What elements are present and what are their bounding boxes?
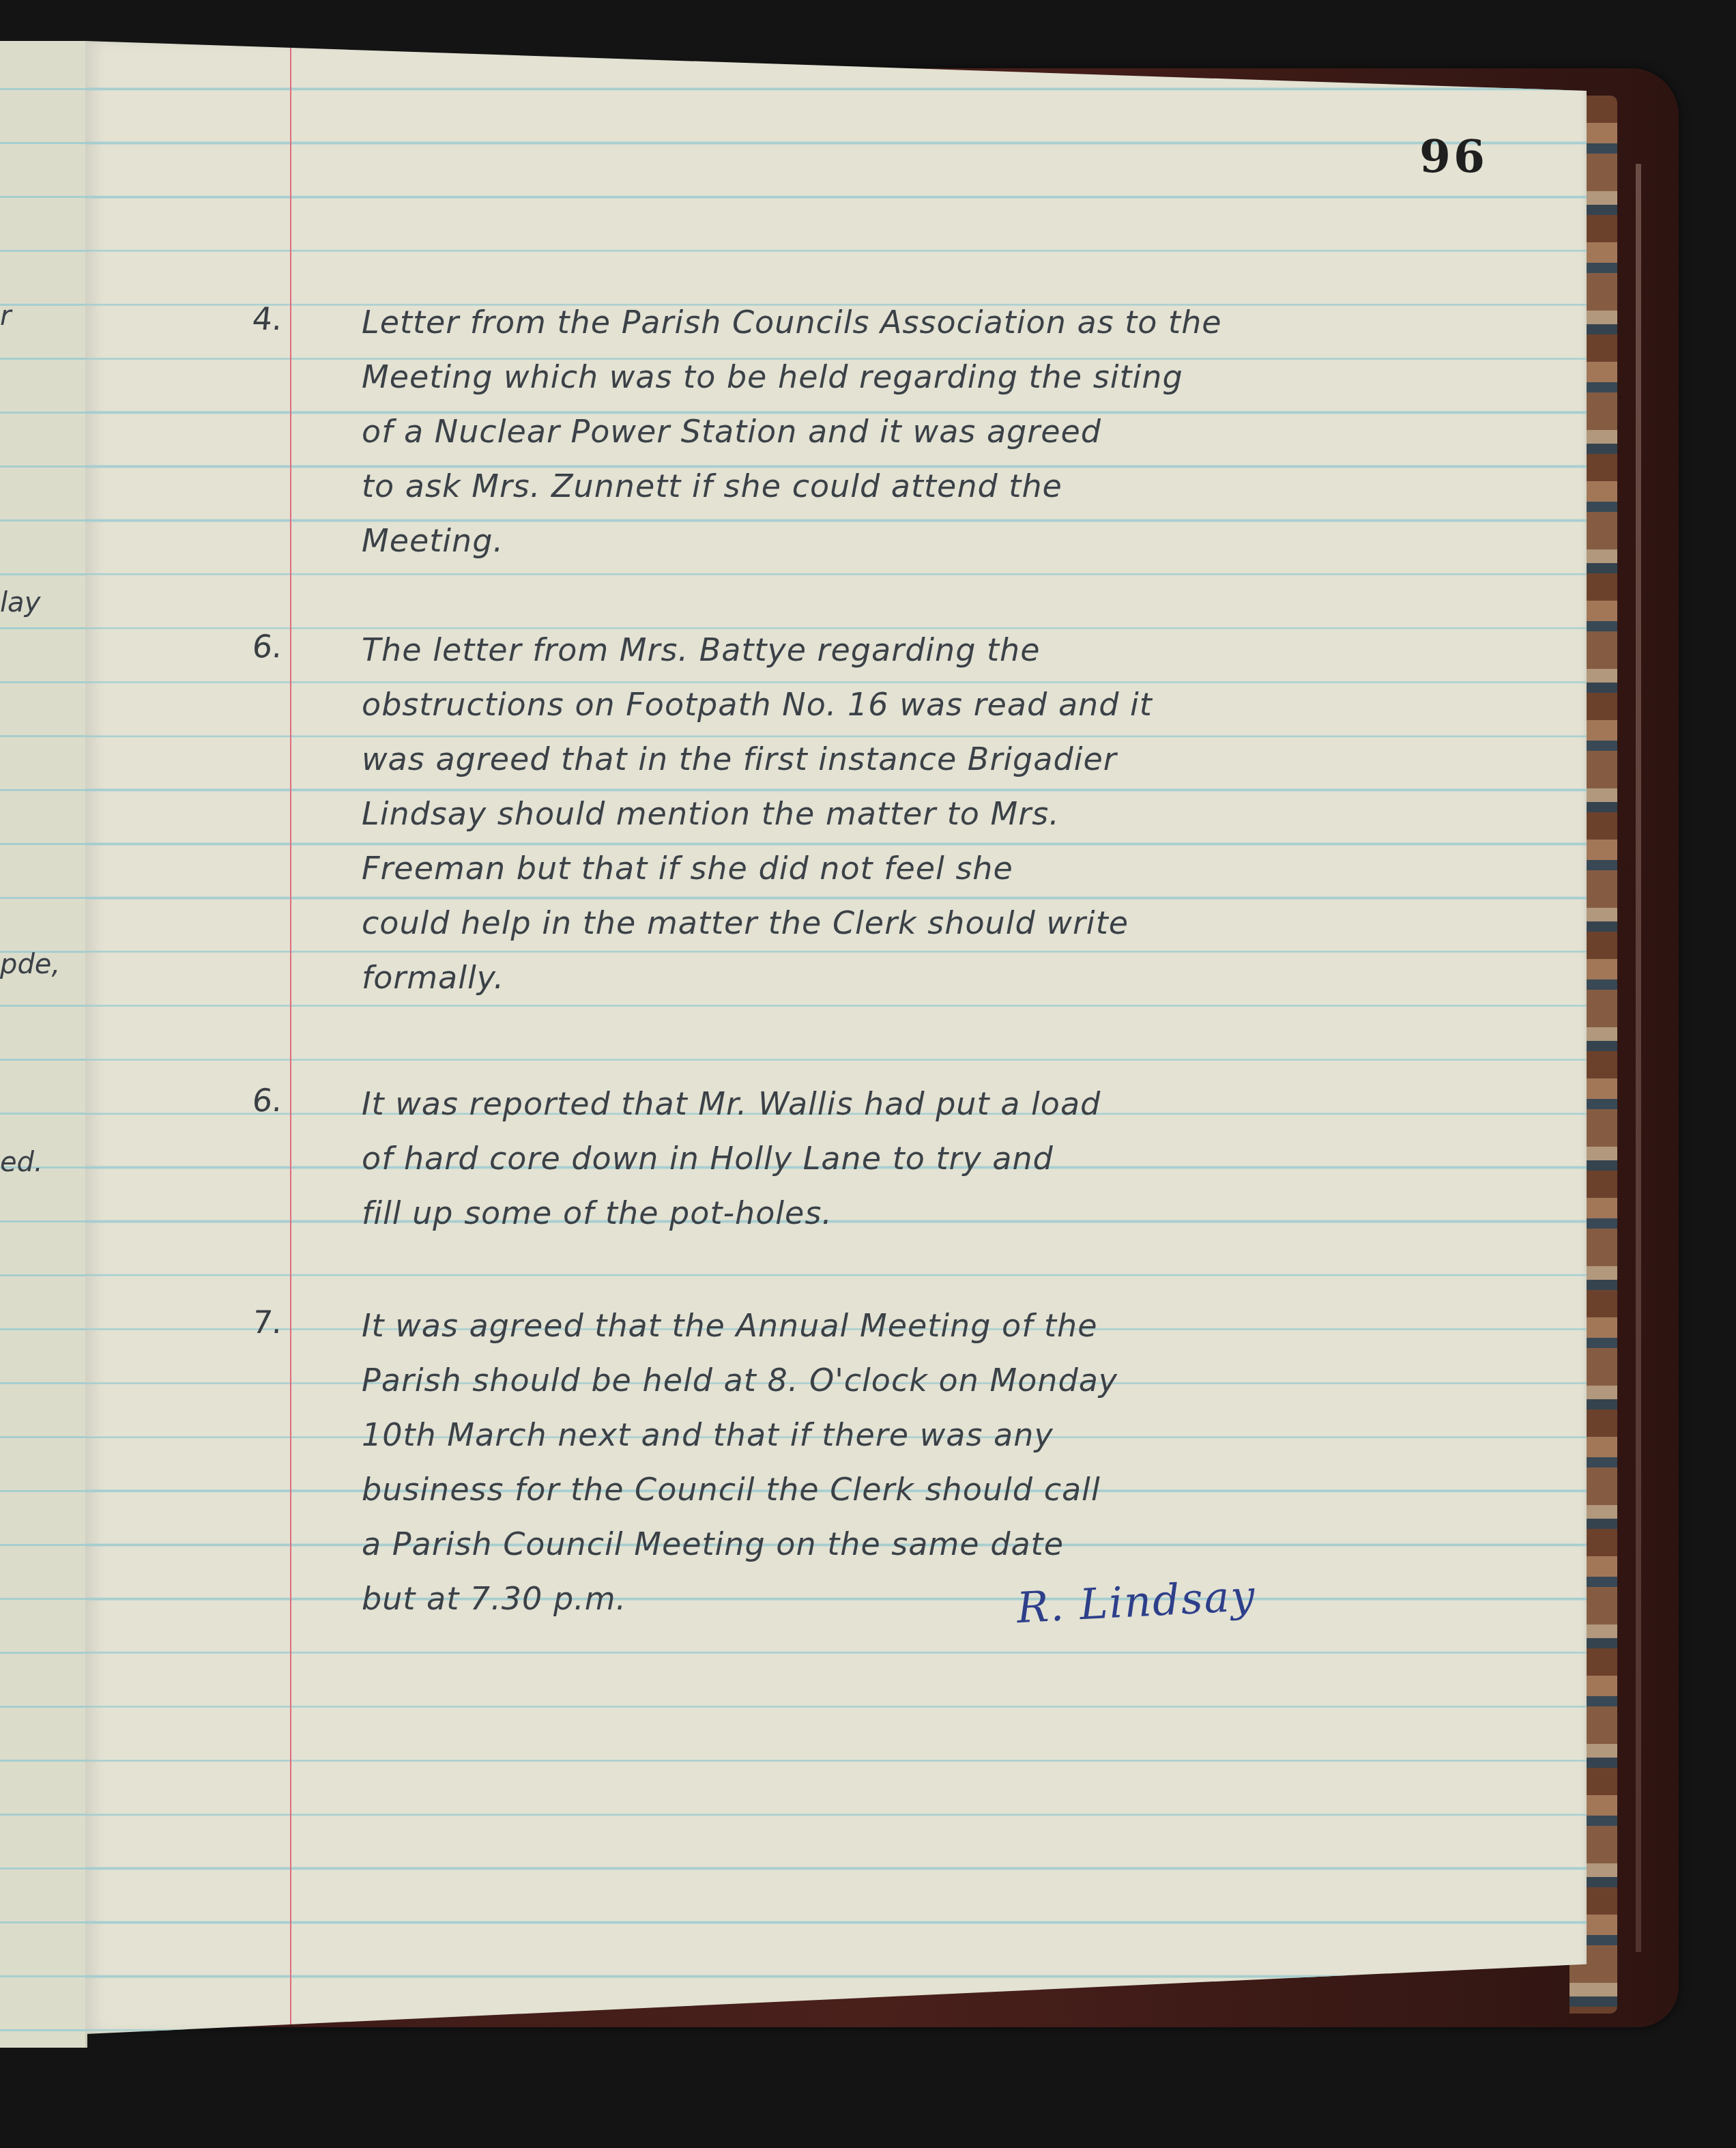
text-line: The letter from Mrs. Battye regarding th… [362, 631, 1617, 668]
text-line: of hard core down in Holly Lane to try a… [362, 1140, 1617, 1177]
text-line: of a Nuclear Power Station and it was ag… [362, 413, 1617, 450]
left-page-edge: r lay pde, ed. [0, 41, 87, 2048]
text-line: business for the Council the Clerk shoul… [362, 1471, 1617, 1508]
left-page-fragment: r [0, 300, 11, 332]
text-line: It was reported that Mr. Wallis had put … [362, 1085, 1617, 1122]
text-line: to ask Mrs. Zunnett if she could attend … [362, 468, 1617, 504]
text-line: Meeting which was to be held regarding t… [362, 358, 1617, 395]
ruled-lines [0, 41, 85, 2048]
text-line: Lindsay should mention the matter to Mrs… [362, 795, 1617, 832]
text-line: Parish should be held at 8. O'clock on M… [362, 1362, 1617, 1399]
left-page-fragment: ed. [0, 1147, 43, 1178]
left-page-fragment: lay [0, 587, 40, 618]
text-line: could help in the matter the Clerk shoul… [362, 904, 1617, 941]
text-line: Letter from the Parish Councils Associat… [362, 304, 1617, 341]
minutes-items: 4. Letter from the Parish Councils Assoc… [85, 41, 1587, 2034]
left-page-fragment: pde, [0, 949, 60, 980]
text-line: Meeting. [362, 522, 1617, 559]
text-line: formally. [362, 959, 1617, 996]
item-number: 6. [250, 628, 285, 665]
right-page: 96 4. Letter from the Parish Councils As… [85, 41, 1587, 2034]
text-line: a Parish Council Meeting on the same dat… [362, 1526, 1617, 1562]
text-line: Freeman but that if she did not feel she [362, 850, 1617, 887]
text-line: but at 7.30 p.m. [362, 1580, 1617, 1617]
item-number: 6. [250, 1082, 285, 1119]
text-line: 10th March next and that if there was an… [362, 1416, 1617, 1453]
item-number: 4. [250, 300, 285, 337]
cover-edge [1636, 164, 1641, 1952]
item-number: 7. [250, 1304, 285, 1341]
text-line: was agreed that in the first instance Br… [362, 741, 1617, 777]
text-line: fill up some of the pot-holes. [362, 1194, 1617, 1231]
text-line: It was agreed that the Annual Meeting of… [362, 1307, 1617, 1344]
text-line: obstructions on Footpath No. 16 was read… [362, 686, 1617, 723]
